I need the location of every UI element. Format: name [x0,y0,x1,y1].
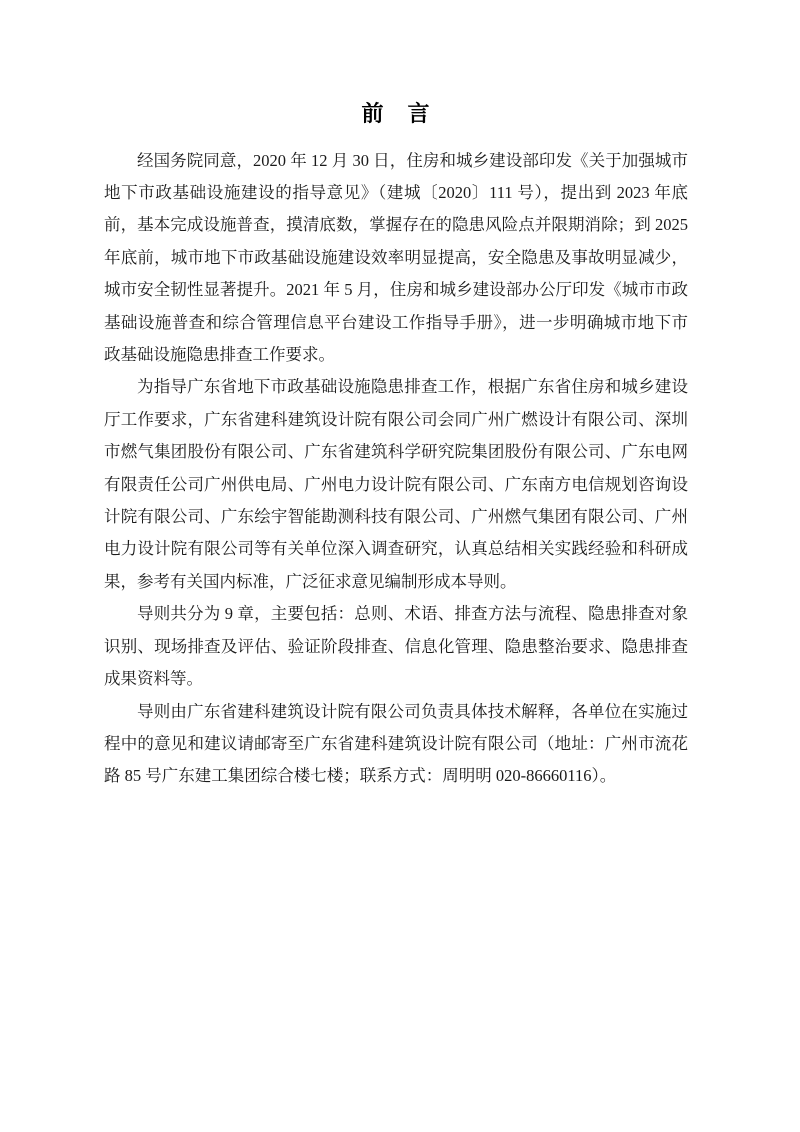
paragraph-3: 导则共分为 9 章，主要包括：总则、术语、排查方法与流程、隐患排查对象识别、现场… [104,598,688,695]
document-body: 经国务院同意，2020 年 12 月 30 日，住房和城乡建设部印发《关于加强城… [104,145,688,793]
paragraph-1: 经国务院同意，2020 年 12 月 30 日，住房和城乡建设部印发《关于加强城… [104,145,688,372]
document-title: 前 言 [104,100,688,129]
document-page: 前 言 经国务院同意，2020 年 12 月 30 日，住房和城乡建设部印发《关… [0,0,800,1132]
paragraph-4: 导则由广东省建科建筑设计院有限公司负责具体技术解释，各单位在实施过程中的意见和建… [104,696,688,793]
paragraph-2: 为指导广东省地下市政基础设施隐患排查工作，根据广东省住房和城乡建设厅工作要求，广… [104,371,688,598]
